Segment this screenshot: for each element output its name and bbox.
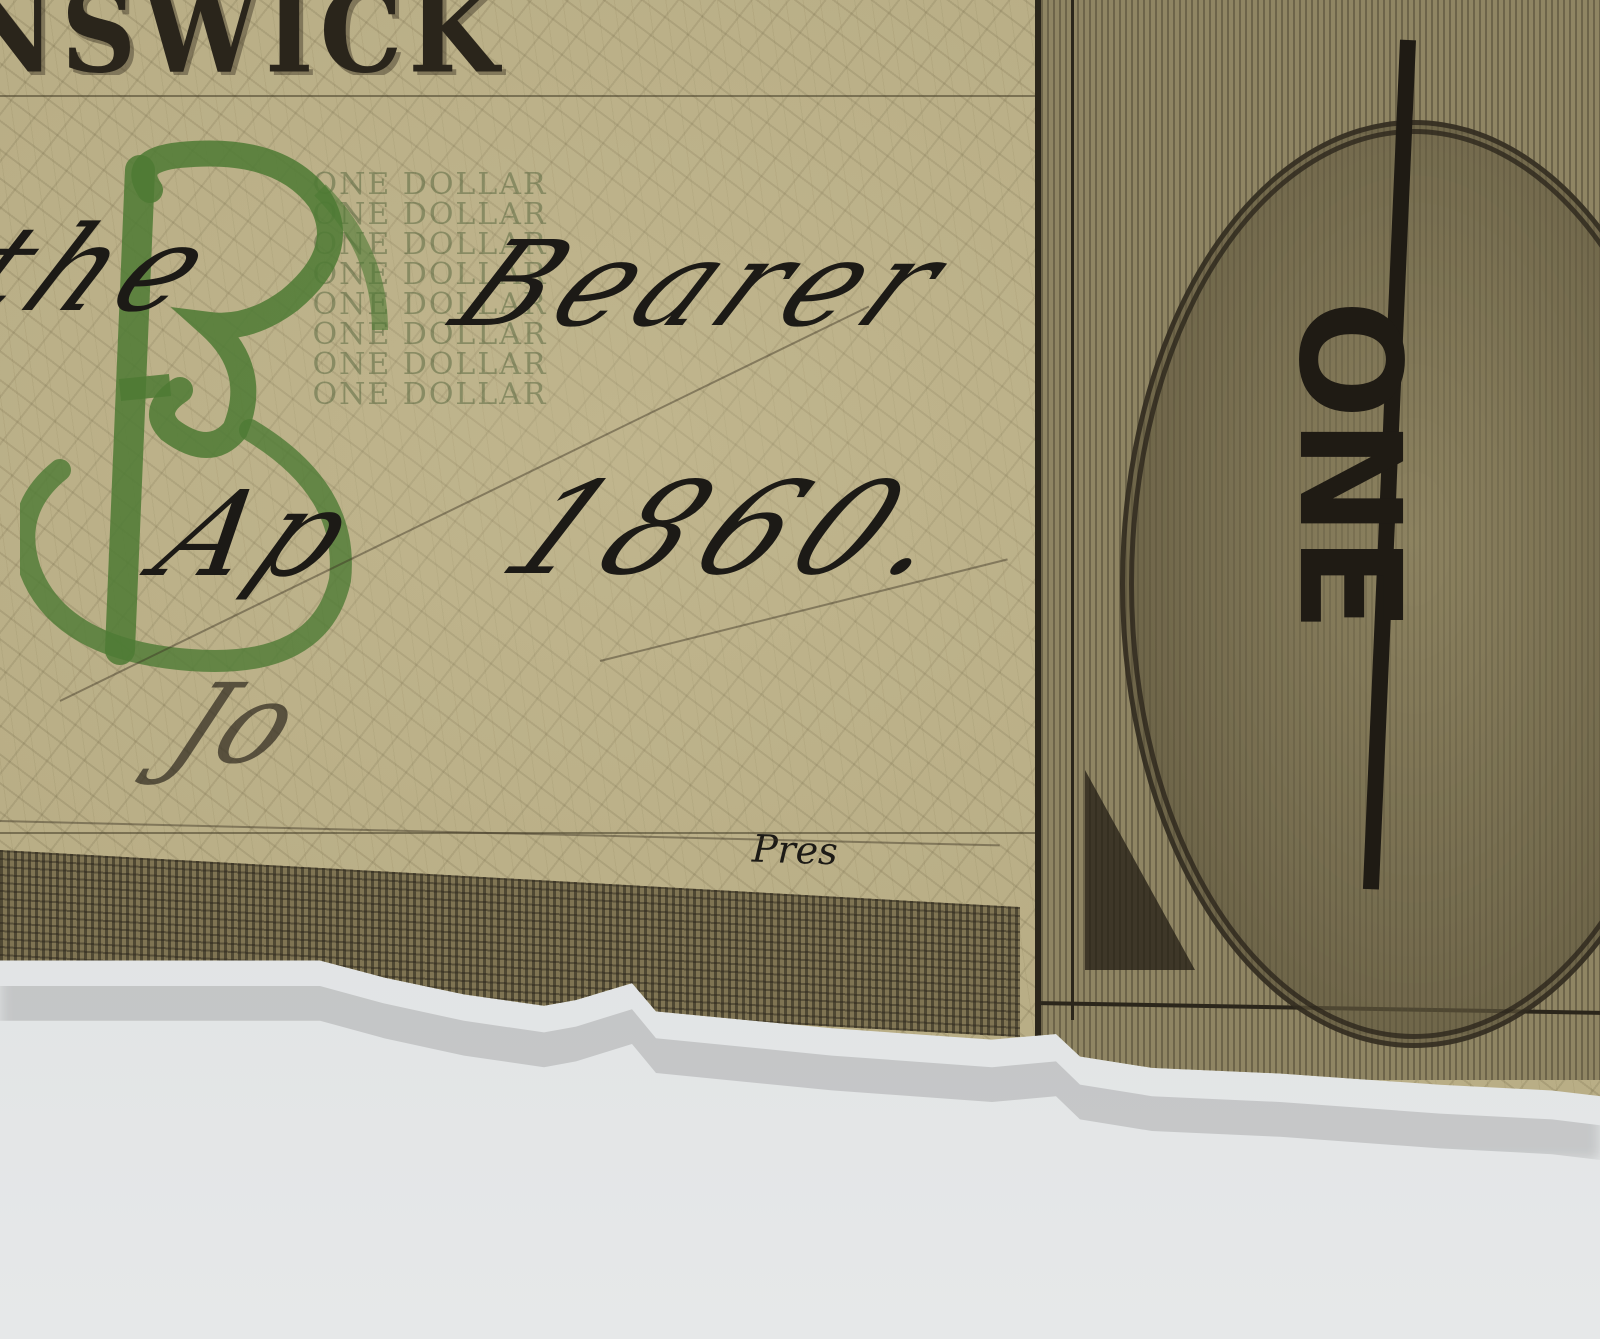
handwritten-payee: Bearer (430, 215, 979, 353)
bank-name-fragment: NSWICK (0, 0, 505, 75)
officer-title-label: Pres (751, 827, 838, 874)
corner-ornament (1085, 770, 1195, 970)
denomination-letters: ONE (1267, 300, 1430, 632)
frame-line (1071, 0, 1074, 1020)
banknote: NSWICK ONE DOLLAR ONE DOLLAR ONE DOLLAR … (0, 0, 1600, 1130)
engraved-title-band: NSWICK (0, 0, 1080, 75)
